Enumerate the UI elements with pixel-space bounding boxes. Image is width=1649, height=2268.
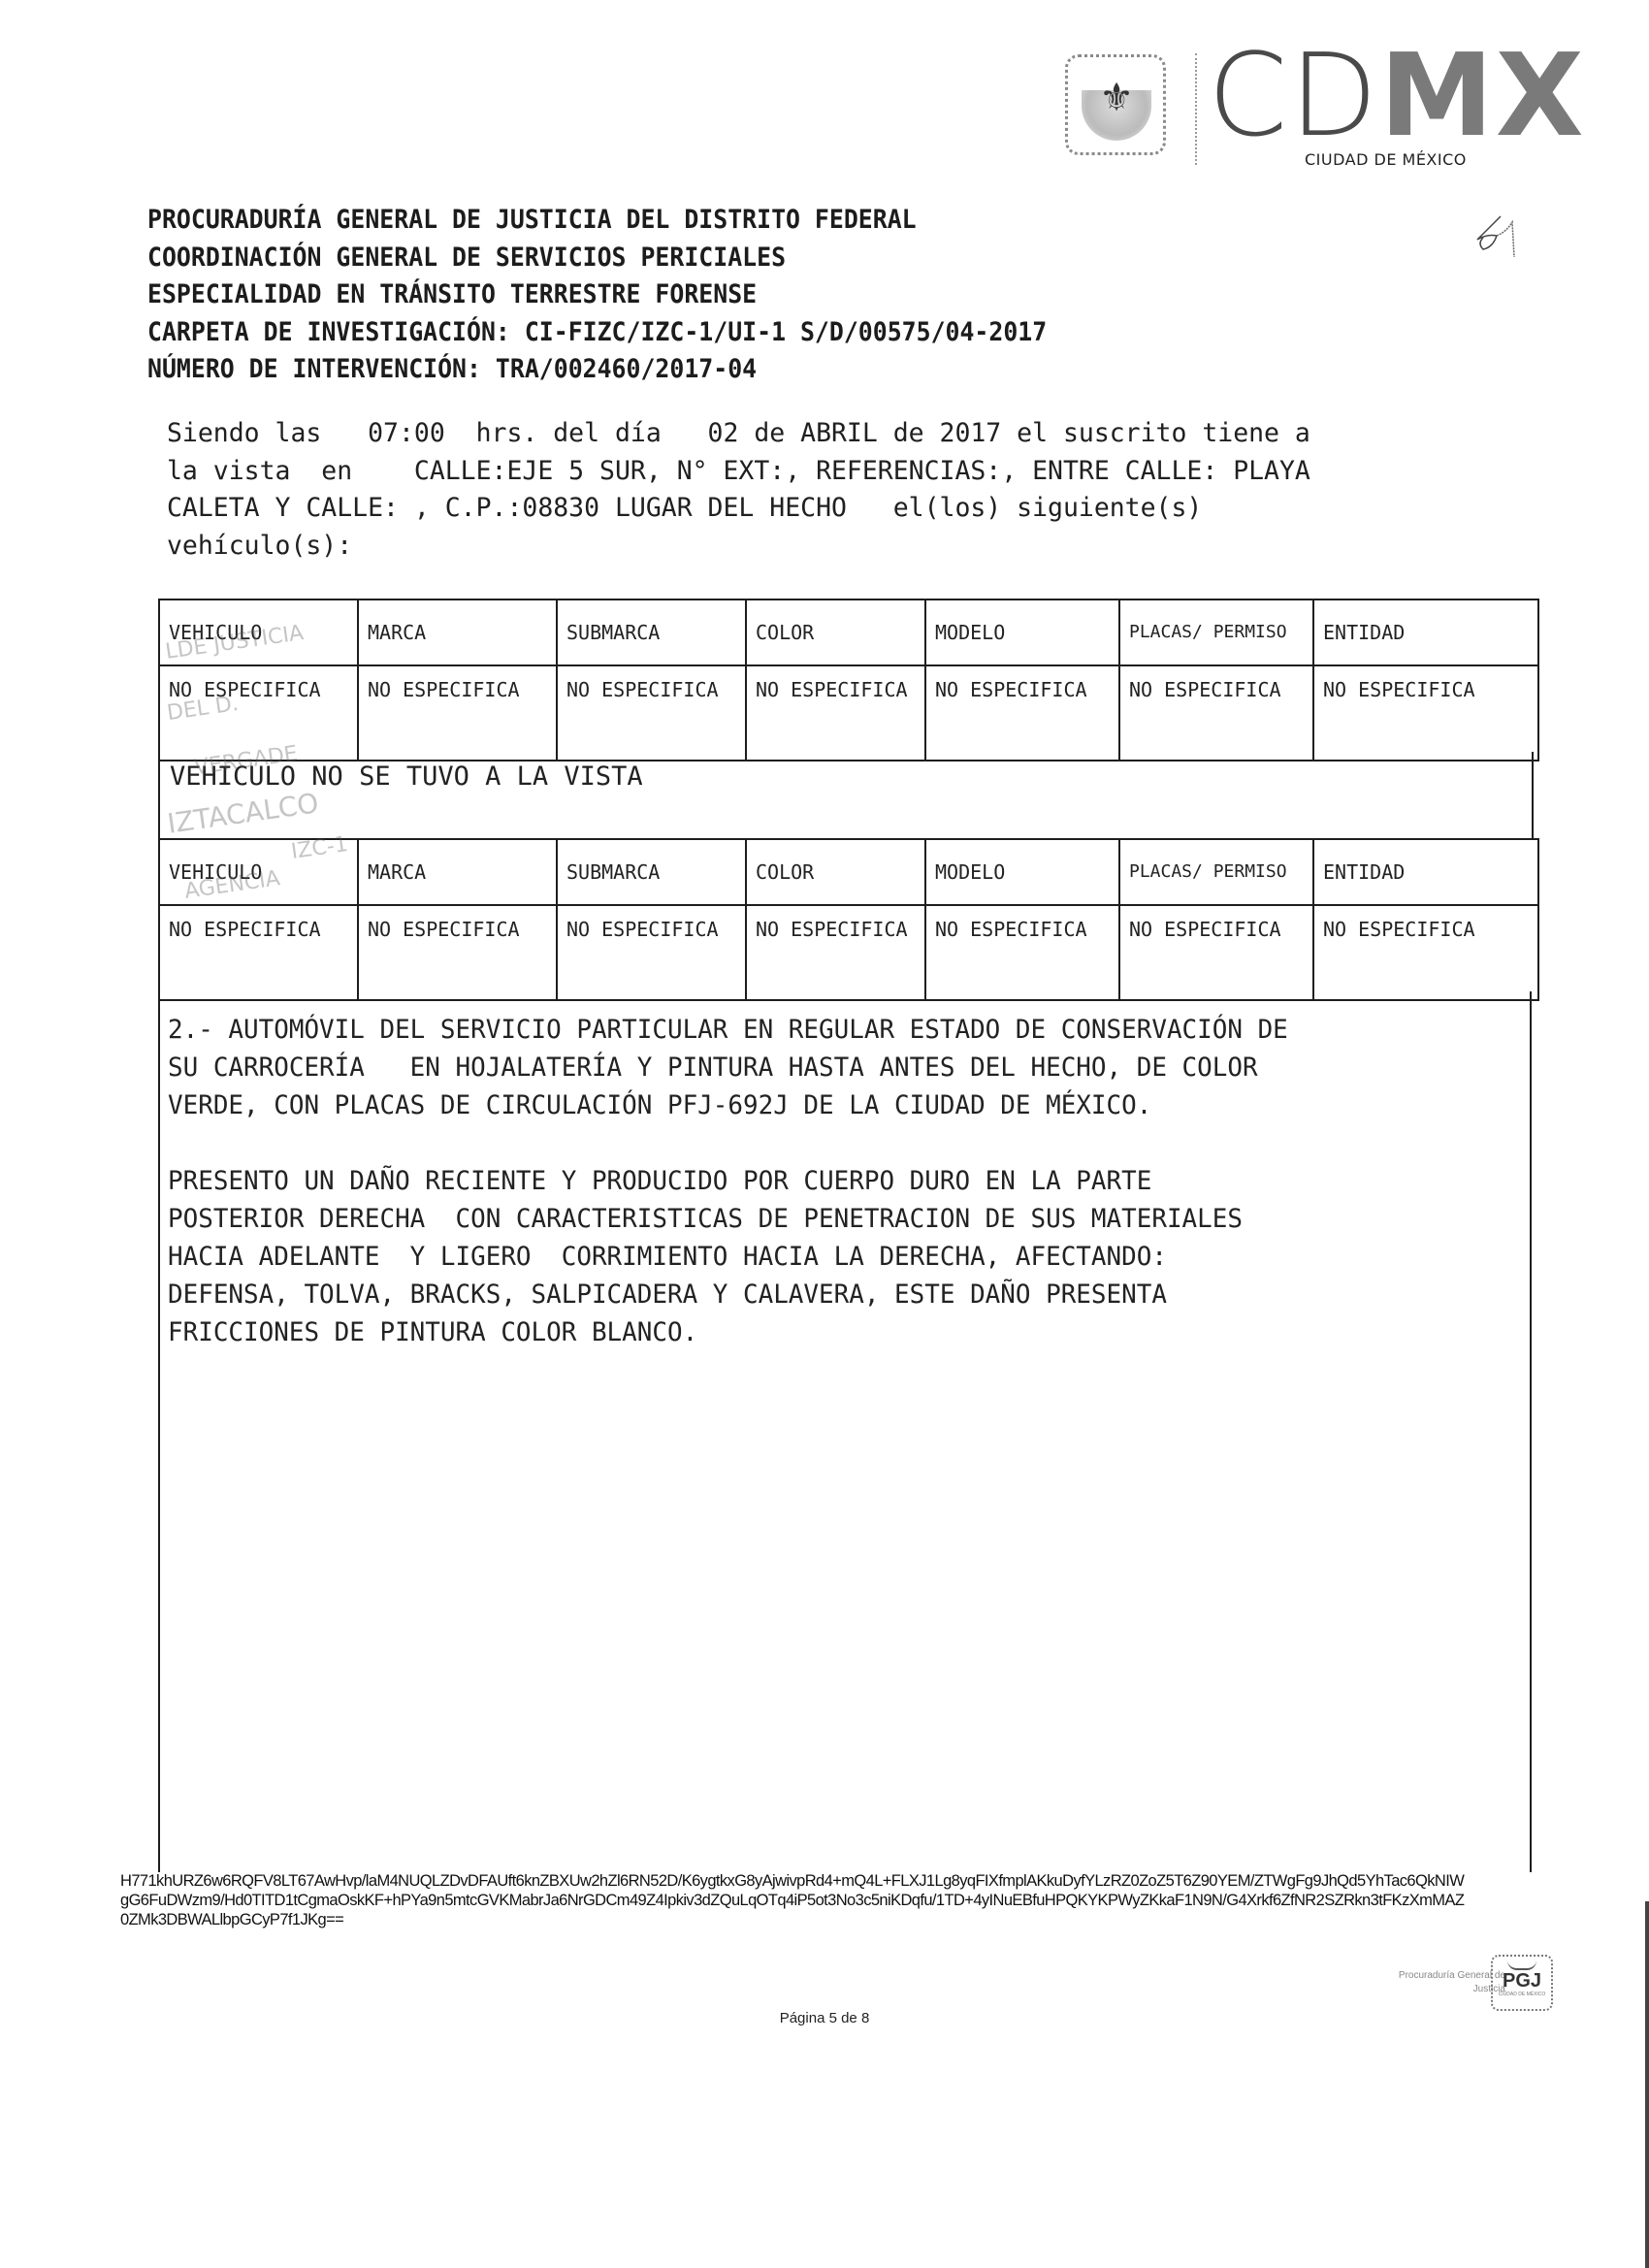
description-line: VERDE, CON PLACAS DE CIRCULACIÓN PFJ-692… <box>168 1086 1471 1124</box>
description-line: SU CARROCERÍA EN HOJALATERÍA Y PINTURA H… <box>168 1049 1471 1086</box>
pgj-badge-sub: CIUDAD DE MÉXICO <box>1493 1992 1551 1997</box>
cell-vehiculo: NO ESPECIFICA <box>159 905 358 1000</box>
header-vehiculo: VEHICULO <box>159 599 358 665</box>
table-header-row: VEHICULO MARCA SUBMARCA COLOR MODELO PLA… <box>159 599 1538 665</box>
cell-entidad: NO ESPECIFICA <box>1313 665 1538 761</box>
vehicle-not-seen-note: VEHICULO NO SE TUVO A LA VISTA <box>170 761 643 792</box>
pgj-logo: PGJ CIUDAD DE MÉXICO <box>1491 1955 1553 2011</box>
cell-marca: NO ESPECIFICA <box>358 905 557 1000</box>
damage-line: HACIA ADELANTE Y LIGERO CORRIMIENTO HACI… <box>168 1238 1471 1276</box>
header-color: COLOR <box>746 839 925 905</box>
damage-line: POSTERIOR DERECHA CON CARACTERISTICAS DE… <box>168 1200 1471 1238</box>
header-vehiculo: VEHICULO <box>159 839 358 905</box>
header-submarca: SUBMARCA <box>557 839 746 905</box>
header-color: COLOR <box>746 599 925 665</box>
cell-entidad: NO ESPECIFICA <box>1313 905 1538 1000</box>
paragraph-gap <box>168 1124 1471 1162</box>
hash-line: 0ZMk3DBWALlbpGCyP7f1JKg== <box>120 1910 1556 1929</box>
damage-line: FRICCIONES DE PINTURA COLOR BLANCO. <box>168 1313 1471 1351</box>
wordmark-bold: MX <box>1379 28 1585 162</box>
cdmx-wordmark: CDMX <box>1208 37 1586 153</box>
header-placas: PLACAS/ PERMISO <box>1119 599 1313 665</box>
cell-modelo: NO ESPECIFICA <box>925 665 1119 761</box>
cdmx-subtitle: CIUDAD DE MÉXICO <box>1305 150 1467 169</box>
logo-divider <box>1195 53 1197 165</box>
numero-intervencion: NÚMERO DE INTERVENCIÓN: TRA/002460/2017-… <box>147 351 1047 389</box>
wordmark-light: CD <box>1208 28 1379 162</box>
table-row: NO ESPECIFICA NO ESPECIFICA NO ESPECIFIC… <box>159 905 1538 1000</box>
header-modelo: MODELO <box>925 839 1119 905</box>
cdmx-emblem-logo: ⚜ <box>1065 54 1166 155</box>
header-marca: MARCA <box>358 599 557 665</box>
damage-line: DEFENSA, TOLVA, BRACKS, SALPICADERA Y CA… <box>168 1276 1471 1313</box>
cell-color: NO ESPECIFICA <box>746 905 925 1000</box>
vehicle-table-1: VEHICULO MARCA SUBMARCA COLOR MODELO PLA… <box>158 599 1539 761</box>
pgj-arc-icon <box>1507 1960 1536 1970</box>
cell-vehiculo: NO ESPECIFICA <box>159 665 358 761</box>
table-row: NO ESPECIFICA NO ESPECIFICA NO ESPECIFIC… <box>159 665 1538 761</box>
institution-header: PROCURADURÍA GENERAL DE JUSTICIA DEL DIS… <box>147 202 1047 389</box>
carpeta-investigacion: CARPETA DE INVESTIGACIÓN: CI-FIZC/IZC-1/… <box>147 314 1047 352</box>
hash-line: gG6FuDWzm9/Hd0TITD1tCgmaOskKF+hPYa9n5mtc… <box>120 1891 1556 1910</box>
header-submarca: SUBMARCA <box>557 599 746 665</box>
table-header-row: VEHICULO MARCA SUBMARCA COLOR MODELO PLA… <box>159 839 1538 905</box>
cell-placas: NO ESPECIFICA <box>1119 665 1313 761</box>
vehicle-description-box: 2.- AUTOMÓVIL DEL SERVICIO PARTICULAR EN… <box>158 991 1532 1872</box>
description-line: 2.- AUTOMÓVIL DEL SERVICIO PARTICULAR EN… <box>168 1011 1471 1049</box>
page-number: Página 5 de 8 <box>0 2010 1649 2026</box>
vehicle-table-2: VEHICULO MARCA SUBMARCA COLOR MODELO PLA… <box>158 838 1539 1001</box>
intro-paragraph: Siendo las 07:00 hrs. del día 02 de ABRI… <box>167 415 1478 565</box>
digital-signature-hash: H771khURZ6w6RQFV8LT67AwHvp/laM4NUQLZDvDF… <box>120 1871 1556 1929</box>
scan-edge <box>1645 1901 1649 2268</box>
cell-color: NO ESPECIFICA <box>746 665 925 761</box>
intro-line: la vista en CALLE:EJE 5 SUR, N° EXT:, RE… <box>167 453 1478 491</box>
institution-line-coordinacion: COORDINACIÓN GENERAL DE SERVICIOS PERICI… <box>147 240 1047 277</box>
intro-line: vehículo(s): <box>167 528 1478 566</box>
vehicle-description: 2.- AUTOMÓVIL DEL SERVICIO PARTICULAR EN… <box>168 1011 1471 1351</box>
vehicle-note-box: VEHICULO NO SE TUVO A LA VISTA <box>158 752 1534 839</box>
header-placas: PLACAS/ PERMISO <box>1119 839 1313 905</box>
hash-line: H771khURZ6w6RQFV8LT67AwHvp/laM4NUQLZDvDF… <box>120 1871 1556 1891</box>
cell-placas: NO ESPECIFICA <box>1119 905 1313 1000</box>
damage-line: PRESENTO UN DAÑO RECIENTE Y PRODUCIDO PO… <box>168 1162 1471 1200</box>
header-entidad: ENTIDAD <box>1313 599 1538 665</box>
institution-line-especialidad: ESPECIALIDAD EN TRÁNSITO TERRESTRE FOREN… <box>147 276 1047 314</box>
cell-submarca: NO ESPECIFICA <box>557 665 746 761</box>
cell-submarca: NO ESPECIFICA <box>557 905 746 1000</box>
header-marca: MARCA <box>358 839 557 905</box>
intro-line: Siendo las 07:00 hrs. del día 02 de ABRI… <box>167 415 1478 453</box>
handwritten-page-mark-icon <box>1470 209 1528 267</box>
angel-icon: ⚜ <box>1097 69 1136 127</box>
pgj-label: Procuraduría General de Justicia <box>1368 1969 1505 1996</box>
institution-line-procuraduria: PROCURADURÍA GENERAL DE JUSTICIA DEL DIS… <box>147 202 1047 240</box>
header-entidad: ENTIDAD <box>1313 839 1538 905</box>
cell-marca: NO ESPECIFICA <box>358 665 557 761</box>
header-modelo: MODELO <box>925 599 1119 665</box>
intro-line: CALETA Y CALLE: , C.P.:08830 LUGAR DEL H… <box>167 490 1478 528</box>
cell-modelo: NO ESPECIFICA <box>925 905 1119 1000</box>
pgj-letters: PGJ <box>1493 1970 1551 1992</box>
